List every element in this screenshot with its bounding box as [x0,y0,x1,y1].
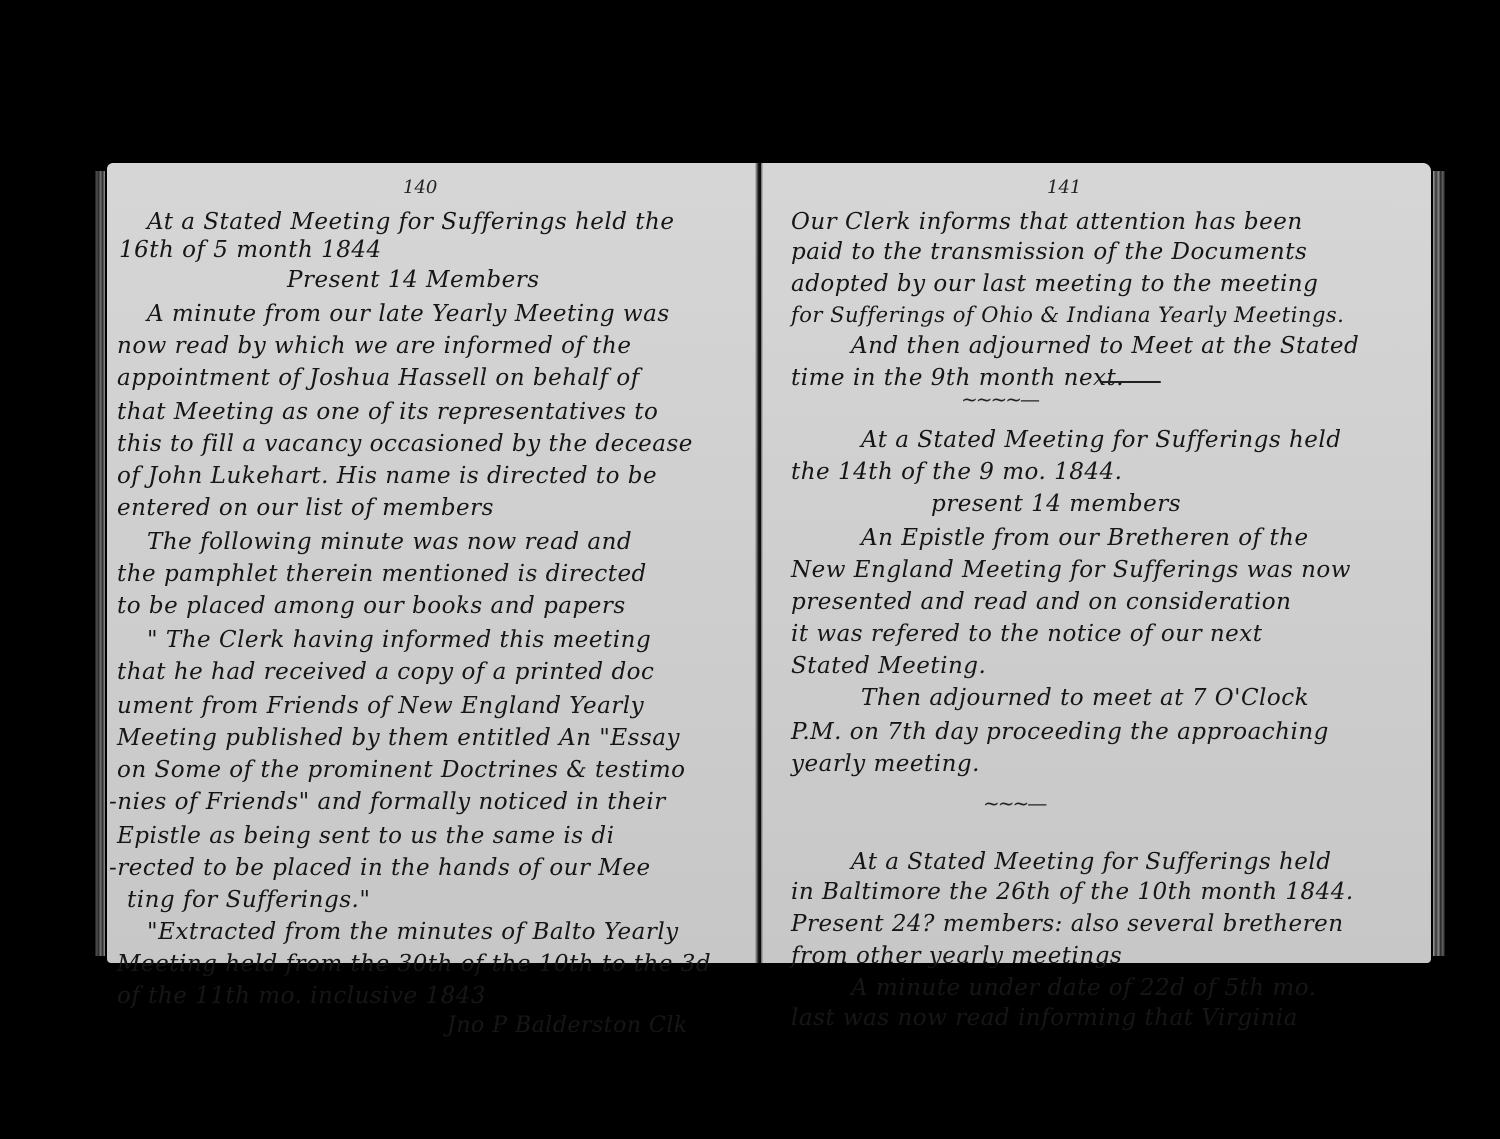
text-line: the pamphlet therein mentioned is direct… [117,561,647,587]
left-page: 140 At a Stated Meeting for Sufferings h… [107,163,759,963]
text-line: this to fill a vacancy occasioned by the… [117,431,693,457]
book-gutter [755,163,763,963]
text-line: P.M. on 7th day proceeding the approachi… [791,719,1329,745]
text-line: -nies of Friends" and formally noticed i… [109,789,666,815]
text-line: of John Lukehart. His name is directed t… [117,463,657,489]
text-line: now read by which we are informed of the [117,333,631,359]
right-page: 141 Our Clerk informs that attention has… [761,163,1431,963]
text-line: time in the 9th month next. [791,365,1124,391]
text-line: ument from Friends of New England Yearly [117,693,644,719]
text-line: of the 11th mo. inclusive 1843 [117,983,486,1009]
text-line: The following minute was now read and [147,529,632,555]
text-line: it was refered to the notice of our next [791,621,1263,647]
text-line: A minute from our late Yearly Meeting wa… [147,301,670,327]
text-line: Epistle as being sent to us the same is … [117,823,614,849]
text-line: for Sufferings of Ohio & Indiana Yearly … [791,303,1344,327]
text-line: Then adjourned to meet at 7 O'Clock [861,685,1309,711]
book-edge-right [1433,171,1445,956]
text-line: Meeting published by them entitled An "E… [117,725,680,751]
text-line: yearly meeting. [791,751,980,777]
text-line: present 14 members [931,491,1181,517]
page-number: 140 [403,177,437,198]
text-line: A minute under date of 22d of 5th mo. [851,975,1316,1001]
text-line: on Some of the prominent Doctrines & tes… [117,757,685,783]
text-line: Meeting held from the 30th of the 10th t… [117,951,711,977]
text-line: Present 14 Members [287,267,540,293]
text-line: 16th of 5 month 1844 [119,237,382,263]
text-line: presented and read and on consideration [791,589,1291,615]
text-line: appointment of Joshua Hassell on behalf … [117,365,640,391]
text-line: entered on our list of members [117,495,494,521]
text-line: At a Stated Meeting for Sufferings held [851,849,1331,875]
text-line: that he had received a copy of a printed… [117,659,654,685]
text-line: paid to the transmission of the Document… [791,239,1307,265]
book-edge-left [95,171,105,956]
text-line: At a Stated Meeting for Sufferings held [861,427,1341,453]
section-ornament: ~~~~— [961,387,1038,411]
text-line: Present 24? members: also several brethe… [791,911,1344,937]
page-number: 141 [1047,177,1081,198]
text-line: last was now read informing that Virgini… [791,1005,1298,1031]
text-line: New England Meeting for Sufferings was n… [791,557,1351,583]
text-line: And then adjourned to Meet at the Stated [851,333,1359,359]
text-line: Our Clerk informs that attention has bee… [791,209,1303,235]
text-line: An Epistle from our Bretheren of the [861,525,1309,551]
text-line: -rected to be placed in the hands of our… [109,855,651,881]
text-line: adopted by our last meeting to the meeti… [791,271,1318,297]
clerk-signature: Jno P Balderston Clk [447,1013,688,1038]
text-line: " The Clerk having informed this meeting [147,627,651,653]
text-line: in Baltimore the 26th of the 10th month … [791,879,1354,905]
section-divider [1101,381,1161,383]
section-ornament: ~~~— [983,791,1045,815]
book-spread: 140 At a Stated Meeting for Sufferings h… [95,163,1445,968]
text-line: that Meeting as one of its representativ… [117,399,658,425]
text-line: to be placed among our books and papers [117,593,626,619]
text-line: the 14th of the 9 mo. 1844. [791,459,1122,485]
text-line: Stated Meeting. [791,653,986,679]
text-line: "Extracted from the minutes of Balto Yea… [147,919,679,945]
text-line: At a Stated Meeting for Sufferings held … [147,209,674,235]
text-line: ting for Sufferings." [127,887,370,913]
text-line: from other yearly meetings [791,943,1122,969]
